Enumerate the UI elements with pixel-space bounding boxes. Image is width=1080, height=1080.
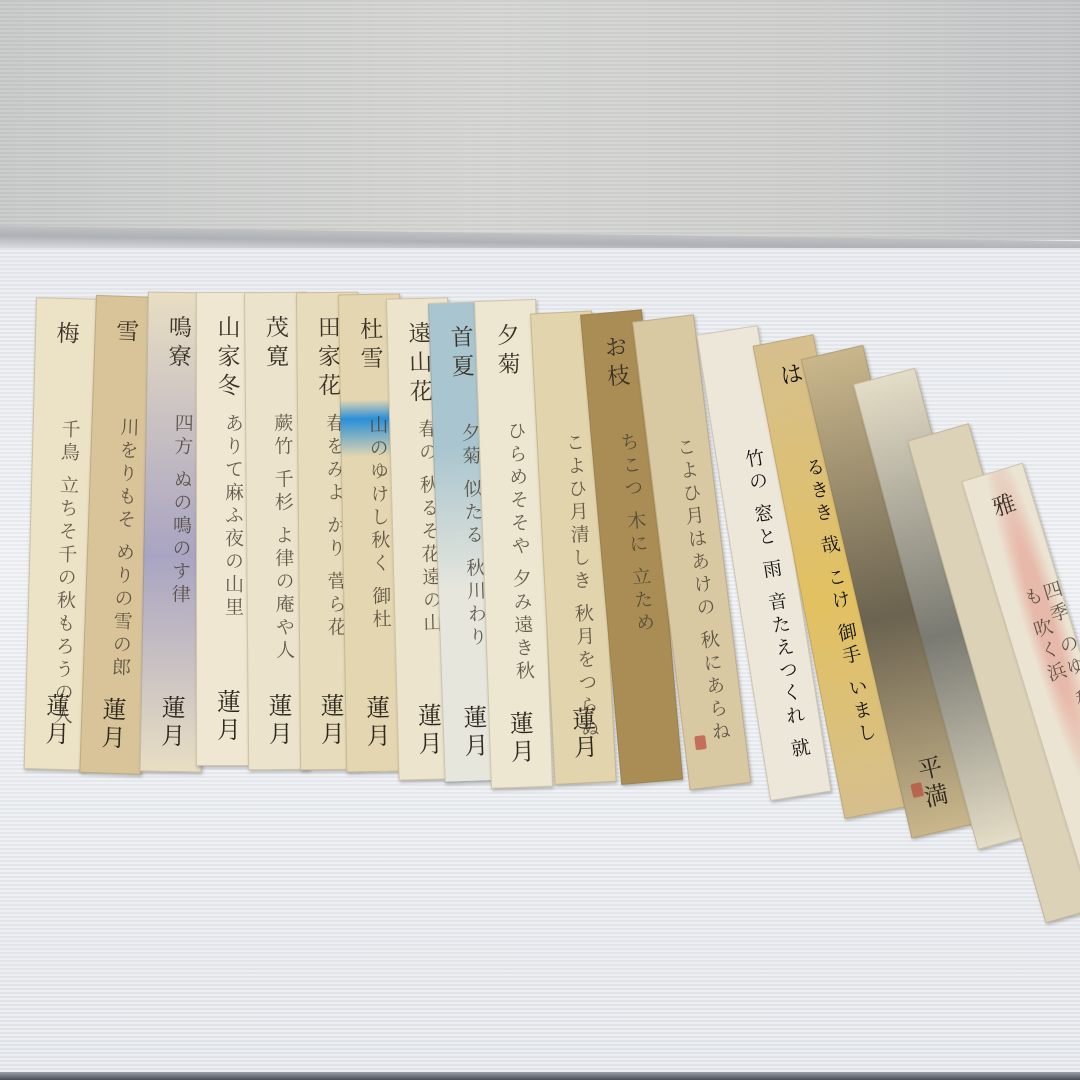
strip-title: 首夏: [443, 324, 478, 383]
strip-poem: ひらめそそや 夕み遠き秋: [505, 420, 534, 684]
strip-title: 梅: [49, 321, 83, 351]
strip-signature: 蓮月: [313, 693, 348, 749]
strip-poem: 川をりもそ めりの雪の郎: [110, 417, 139, 681]
strip-poem: 蕨竹 千杉 よ律の庵や人: [272, 413, 294, 663]
strip-signature: 蓮月: [410, 702, 446, 759]
strip-title: 鳴寮: [161, 315, 195, 374]
strip-title: 茂寛: [259, 315, 293, 373]
strip-signature: 蓮月: [38, 692, 74, 749]
strip-poem: ありて麻ふ夜の山里: [223, 413, 243, 620]
backdrop-upper-board: [0, 0, 1080, 240]
strip-signature: 蓮月: [564, 706, 602, 764]
strip-signature: 蓮月: [502, 710, 539, 767]
strip-title: 夕菊: [489, 322, 524, 381]
strip-signature: 蓮月: [261, 693, 296, 749]
strip-title: 杜雪: [353, 317, 387, 376]
strip-poem: 千鳥 立ちそ千の秋もろうの人: [52, 419, 80, 728]
strip-signature: 蓮月: [359, 695, 395, 752]
strip-signature: 蓮月: [456, 704, 493, 761]
strip-title: 山家冬: [211, 315, 244, 402]
strip-signature: 蓮月: [210, 689, 245, 745]
board-bottom-edge: [0, 1072, 1080, 1080]
strip-signature: 蓮月: [94, 696, 131, 753]
strip-title: 雪: [109, 318, 143, 348]
red-seal-stamp: [694, 735, 707, 750]
strip-poem: 四方 ぬの鳴のす律: [170, 413, 193, 607]
strip-poem: 山のゆけし秋く 御杜: [367, 415, 391, 632]
strip-title: 雅: [983, 489, 1023, 526]
strip-title: お枝: [597, 333, 635, 394]
strip-signature: 蓮月: [153, 695, 189, 752]
